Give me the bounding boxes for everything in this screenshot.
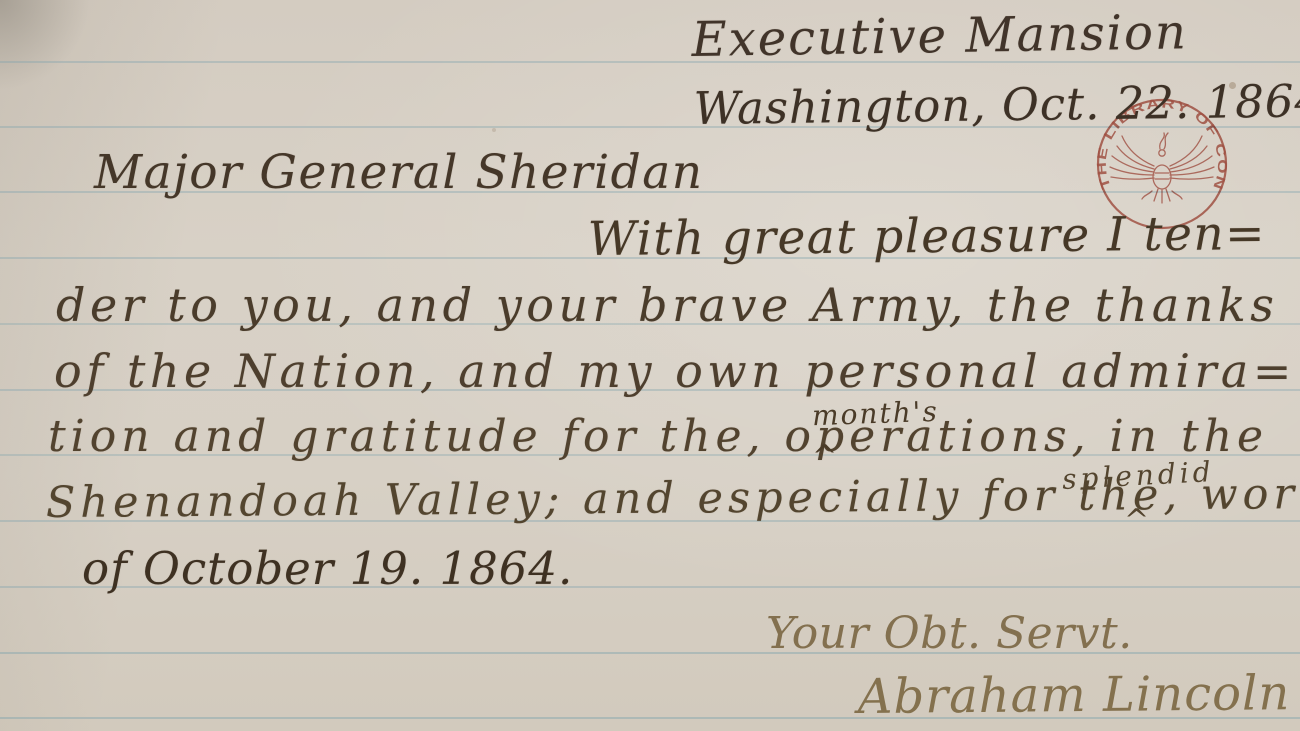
heading-date: Washington, Oct. 22. 1864 — [693, 78, 1300, 131]
insertion-word-months: month's — [812, 398, 940, 430]
body-line-2: der to you, and your brave Army, the tha… — [56, 282, 1278, 328]
insertion-caret-months: ^ — [812, 442, 837, 472]
eagle-icon — [1110, 133, 1214, 203]
body-line-4: tion and gratitude for the, operations, … — [48, 415, 1268, 459]
signature-line: Abraham Lincoln . — [858, 669, 1300, 721]
heading-institution: Executive Mansion — [691, 8, 1188, 64]
body-line-6-date-reference: of October 19. 1864. — [82, 546, 573, 591]
insertion-word-splendid: splendid — [1061, 458, 1215, 494]
body-line-3: of the Nation, and my own personal admir… — [54, 348, 1296, 394]
letter-page: THE LIBRARY OF CONGRESS — [0, 0, 1300, 731]
foxing-speck — [492, 128, 496, 132]
body-line-1: With great pleasure I ten= — [588, 210, 1267, 263]
closing-line: Your Obt. Servt. — [766, 612, 1133, 656]
insertion-caret-splendid: ^ — [1124, 506, 1149, 536]
salutation-line: Major General Sheridan — [94, 149, 703, 196]
